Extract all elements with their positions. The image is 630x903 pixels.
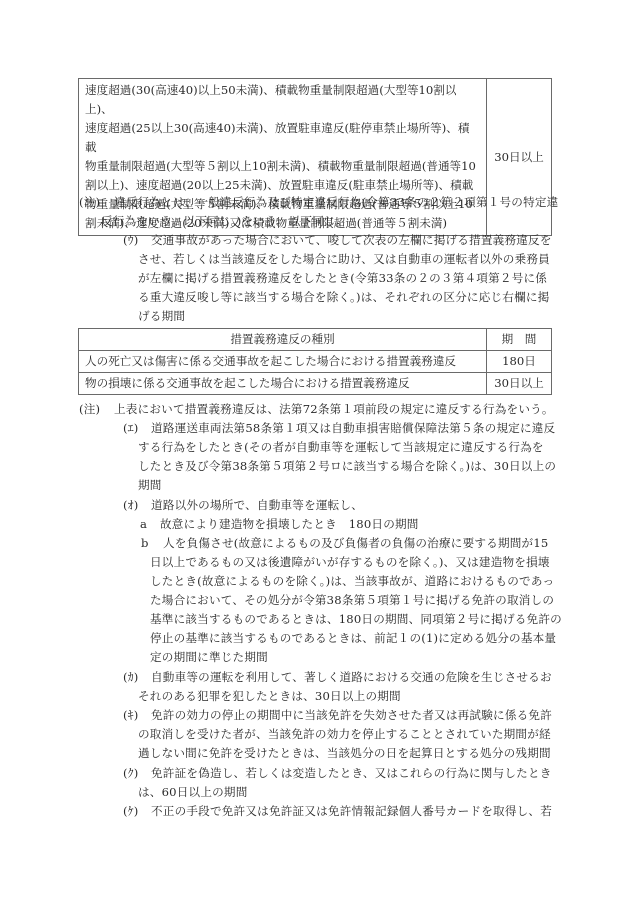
subitem-line: 定の期間に準じた期間 (150, 648, 268, 667)
period-cell: 180日 (487, 351, 552, 373)
type-cell: 物の損壊に係る交通事故を起こした場合における措置義務違反 (79, 373, 487, 395)
table-header-row: 措置義務違反の種別 期 間 (79, 329, 552, 351)
table-row: 人の死亡又は傷害に係る交通事故を起こした場合における措置義務違反 180日 (79, 351, 552, 373)
item-line: が左欄に掲げる措置義務違反をしたとき(令第33条の２の３第４項第２号に係 (138, 269, 547, 288)
item-line: 自動車等の運転を利用して、著しく道路における交通の危険を生じさせるお (151, 668, 552, 687)
item-marker: (ｸ) (123, 764, 138, 783)
note-line: 違反行為とは、一般違反行為及び特定違反行為(令第33条の２第２項第１号の特定違 (114, 193, 558, 212)
item-line: 期間 (138, 476, 162, 495)
subitem-marker: a (140, 515, 147, 534)
item-line: 過しない間に免許を受けたときは、当該処分の日を起算日とする処分の残期間 (138, 744, 551, 763)
item-marker: (ｴ) (123, 419, 138, 438)
note-line: 反行為をいう。以下同じ。)をいう。以下同じ。 (101, 212, 348, 231)
item-line: は、60日以上の期間 (138, 783, 248, 802)
item-marker: (ｵ) (123, 496, 138, 515)
item-marker: (ｶ) (123, 668, 138, 687)
item-line: それのある犯罪を犯したときは、30日以上の期間 (138, 687, 401, 706)
item-line: 交通事故があった場合において、唆して次表の左欄に掲げる措置義務違反を (151, 231, 552, 250)
subitem-line: 人を負傷させ(故意によるもの及び負傷者の負傷の治療に要する期間が15 (163, 534, 548, 553)
item-line: 免許証を偽造し、若しくは変造したとき、又はこれらの行為に関与したとき (151, 764, 552, 783)
subitem-line: 日以上であるもの又は後遺障がいが存するものを除く。)、又は建造物を損壊 (150, 553, 550, 572)
subitem-line: したとき(故意によるものを除く。)は、当該事故が、道路におけるものであっ (150, 572, 554, 591)
item-line: 道路運送車両法第58条第１項又は自動車損害賠償保障法第５条の規定に違反 (151, 419, 555, 438)
type-cell: 人の死亡又は傷害に係る交通事故を起こした場合における措置義務違反 (79, 351, 487, 373)
cell-line: 速度超過(30(高速40)以上50未満)、積載物重量制限超過(大型等10割以上)… (85, 81, 480, 119)
item-line: する行為をしたとき(その者が自動車等を運転して当該規定に違反する行為を (138, 438, 544, 457)
item-line: 不正の手段で免許又は免許証又は免許情報記録個人番号カードを取得し、若 (151, 802, 552, 821)
note-line: 上表において措置義務違反は、法第72条第１項前段の規定に違反する行為をいう。 (114, 400, 554, 419)
item-marker: (ｷ) (123, 706, 138, 725)
subitem-line: 故意により建造物を損壊したとき 180日の期間 (160, 515, 419, 534)
item-line: させ、若しくは当該違反をした場合に助け、又は自動車の運転者以外の乗務員 (138, 250, 550, 269)
item-line: る重大違反唆し等に該当する場合を除く。)は、それぞれの区分に応じ右欄に掲 (138, 288, 549, 307)
item-line: 免許の効力の停止の期間中に当該免許を失効させた者又は再試験に係る免許 (151, 706, 552, 725)
item-line: げる期間 (138, 307, 185, 326)
cell-line: 速度超過(25以上30(高速40)未満)、放置駐車違反(駐停車禁止場所等)、積載 (85, 119, 480, 157)
item-line: したとき及び令第38条第５項第２号ロに該当する場合を除く。)は、30日以上の (138, 457, 556, 476)
header-type: 措置義務違反の種別 (79, 329, 487, 351)
subitem-line: 停止の基準に該当するものであるときは、前記１の(1)に定める処分の基本量 (150, 629, 556, 648)
item-line: の取消しを受けた者が、当該免許の効力を停止することとされていた期間が経 (138, 725, 551, 744)
table-row: 物の損壊に係る交通事故を起こした場合における措置義務違反 30日以上 (79, 373, 552, 395)
subitem-line: 基準に該当するものであるときは、180日の期間、同項第２号に掲げる免許の (150, 610, 562, 629)
item-line: 道路以外の場所で、自動車等を運転し、 (151, 496, 363, 515)
cell-line: 物重量制限超過(大型等５割以上10割未満)、積載物重量制限超過(普通等10 (85, 157, 480, 176)
period-cell: 30日以上 (487, 373, 552, 395)
note-marker: (注) (79, 400, 100, 419)
subitem-line: た場合において、その処分が令第38条第５項第１号に掲げる免許の取消しの (150, 591, 554, 610)
note-marker: (注) (79, 193, 100, 212)
header-period: 期 間 (487, 329, 552, 351)
document-page: 速度超過(30(高速40)以上50未満)、積載物重量制限超過(大型等10割以上)… (0, 0, 630, 903)
obligation-violation-table: 措置義務違反の種別 期 間 人の死亡又は傷害に係る交通事故を起こした場合における… (78, 328, 552, 395)
item-marker: (ｳ) (123, 231, 138, 250)
item-marker: (ｹ) (123, 802, 138, 821)
subitem-marker: b (141, 534, 149, 553)
